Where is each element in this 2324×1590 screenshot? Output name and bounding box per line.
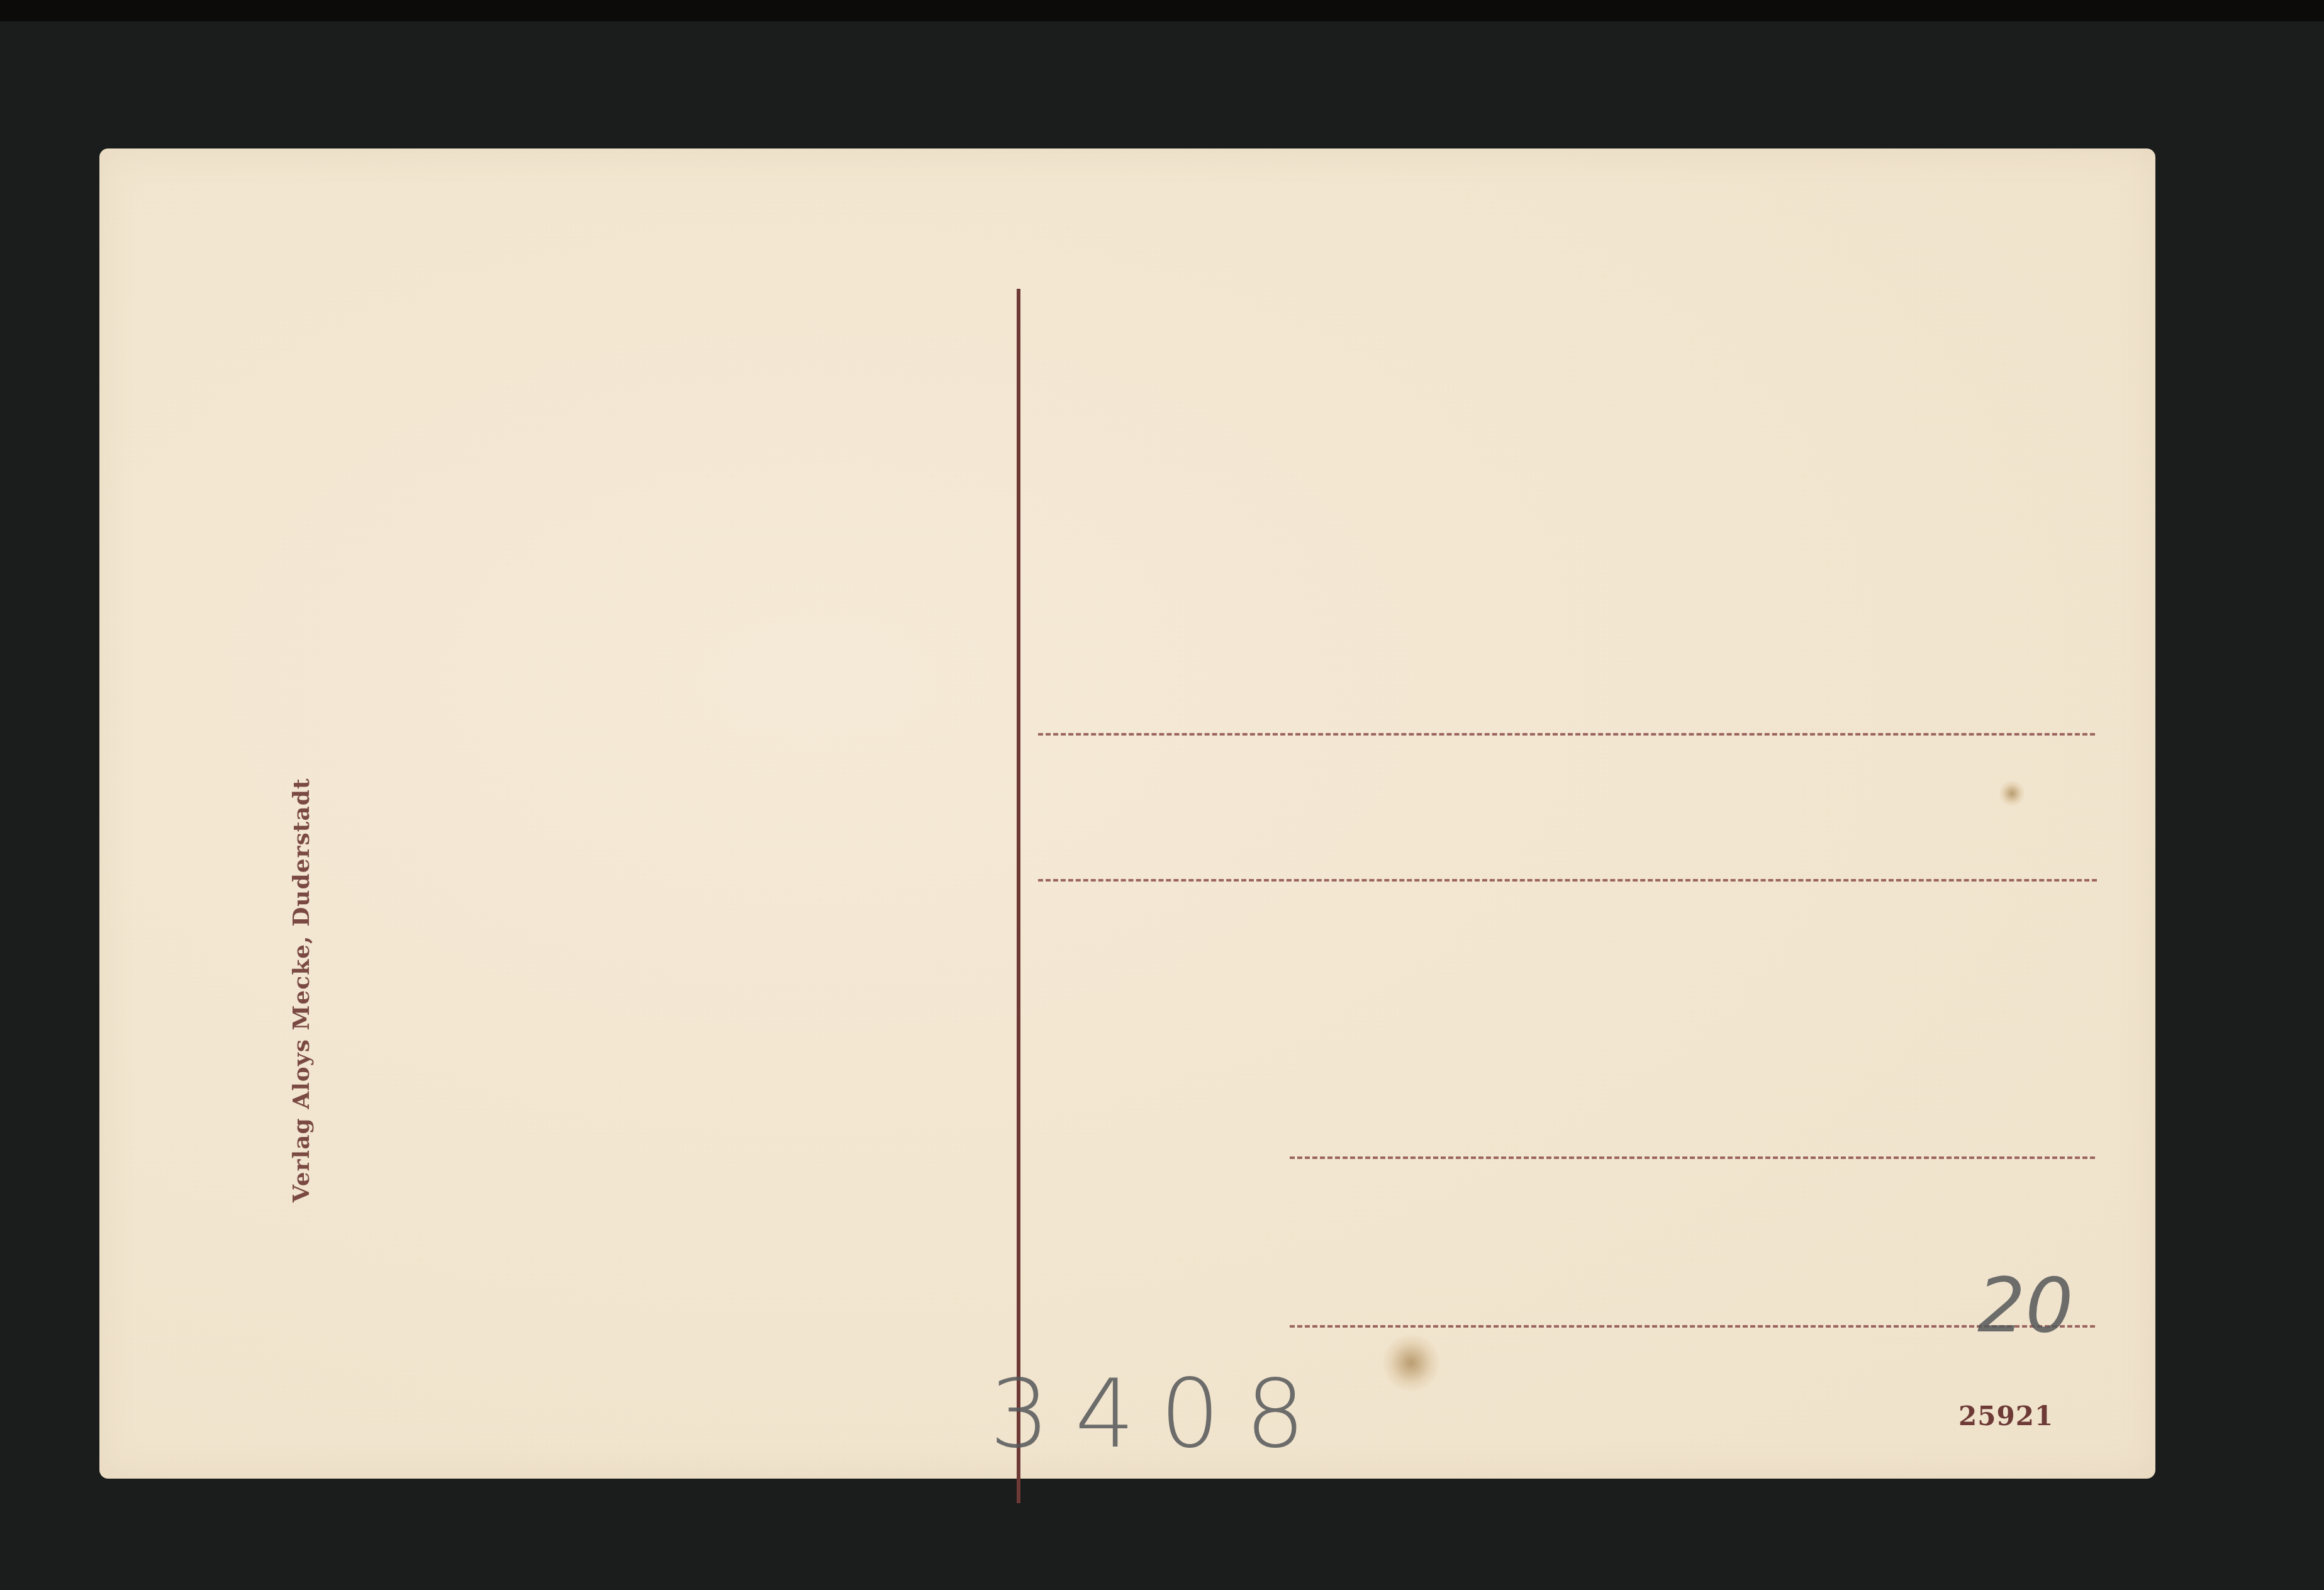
message-address-divider [1017,289,1020,1503]
address-line-4 [1290,1325,2095,1328]
card-number: 25921 [1958,1401,2053,1431]
foxing-spot [1383,1335,1439,1391]
scanner-edge-strip [0,0,2324,21]
pencil-inventory-number: 3408 [990,1360,1331,1469]
address-line-2 [1038,879,2097,882]
postcard-back: Verlag Aloys Mecke, Duderstadt 3408 20 2… [99,148,2155,1479]
pencil-price: 20 [1977,1262,2074,1350]
publisher-imprint: Verlag Aloys Mecke, Duderstadt [288,778,315,1202]
foxing-spot [1999,781,2025,806]
address-line-1 [1038,733,2095,736]
address-line-3 [1290,1156,2095,1159]
